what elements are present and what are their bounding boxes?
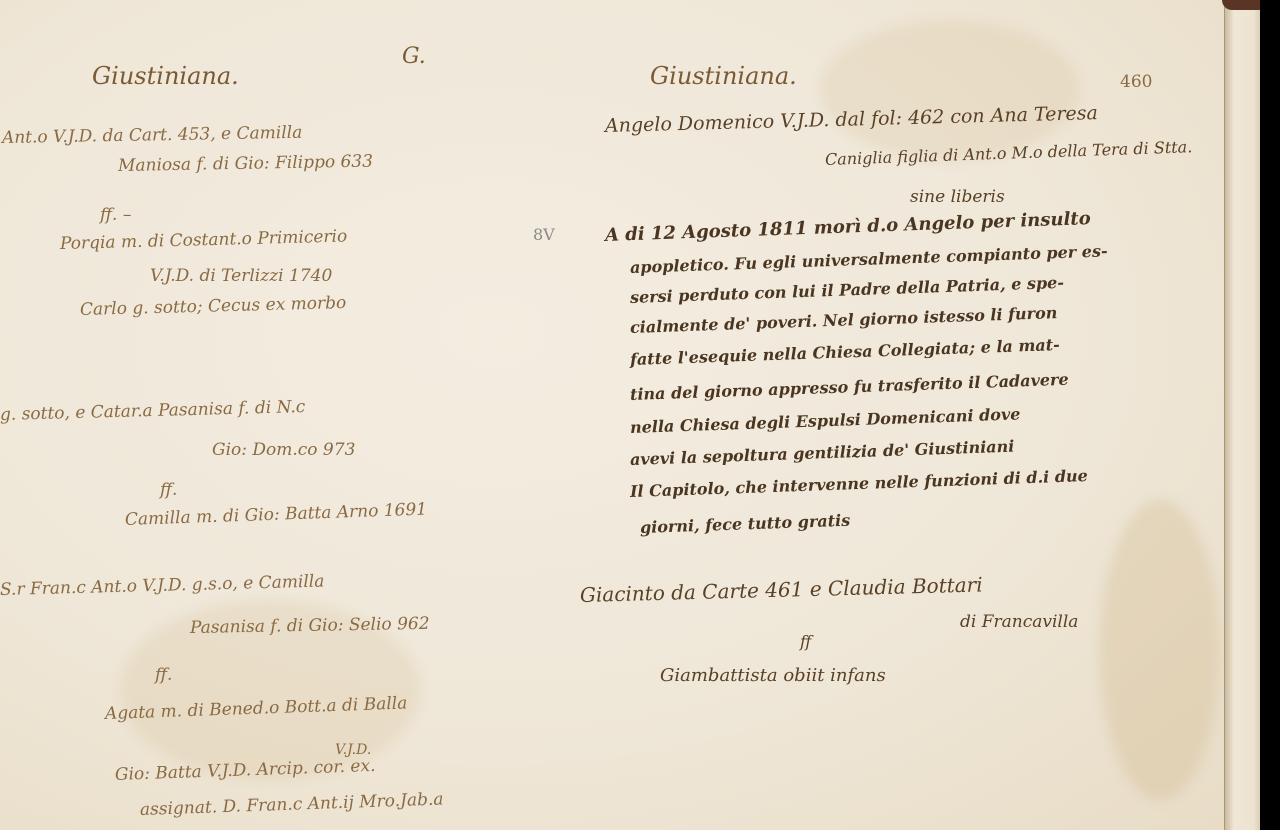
left-page-letter: G.	[402, 44, 426, 69]
entry-mark: ff	[800, 632, 811, 651]
left-line: Carlo g. sotto; Cecus ex morbo	[80, 293, 347, 320]
folio-number: 460	[1120, 72, 1152, 92]
death-note-line: tina del giorno appresso fu trasferito i…	[630, 370, 1069, 404]
left-line: Gio: Dom.co 973	[212, 440, 355, 460]
left-line: Ant.o V.J.D. da Cart. 453, e Camilla	[2, 123, 303, 148]
left-line: Camilla m. di Gio: Batta Arno 1691	[125, 499, 428, 530]
pencil-mark: 8V	[533, 225, 555, 244]
right-page-header: Giustiniana.	[650, 62, 797, 90]
death-note-line: cialmente de' poveri. Nel giorno istesso…	[630, 303, 1058, 337]
entry-line: Giacinto da Carte 461 e Claudia Bottari	[580, 572, 983, 607]
death-note-line: giorni, fece tutto gratis	[640, 511, 851, 537]
paper-stain	[1100, 500, 1220, 800]
left-page-header: Giustiniana.	[92, 62, 239, 90]
entry-line: Giambattista obiit infans	[660, 665, 886, 686]
left-line: assignat. D. Fran.c Ant.ij Mro.Jab.a	[140, 789, 444, 820]
entry-line: sine liberis	[910, 187, 1005, 207]
death-note-line: fatte l'esequie nella Chiesa Collegiata;…	[630, 335, 1060, 369]
death-note-line: Il Capitolo, che intervenne nelle funzio…	[630, 466, 1088, 501]
death-note-line: apopletico. Fu egli universalmente compi…	[630, 241, 1108, 277]
paper-stain	[820, 20, 1080, 160]
death-note-line: nella Chiesa degli Espulsi Domenicani do…	[630, 404, 1021, 437]
death-note-line: A di 12 Agosto 1811 morì d.o Angelo per …	[605, 208, 1091, 246]
page-edge	[1224, 0, 1261, 830]
manuscript-page: Giustiniana. G. Ant.o V.J.D. da Cart. 45…	[0, 0, 1234, 830]
death-note-line: avevi la sepoltura gentilizia de' Giusti…	[630, 437, 1015, 469]
left-line: Pasanisa f. di Gio: Selio 962	[190, 614, 430, 638]
death-note-line: sersi perduto con lui il Padre della Pat…	[630, 273, 1065, 307]
entry-line: di Francavilla	[960, 612, 1078, 632]
left-line: ff.	[160, 480, 177, 500]
left-line: Porqia m. di Costant.o Primicerio	[60, 226, 348, 254]
left-line: Gio: Batta V.J.D. Arcip. cor. ex.	[115, 756, 376, 785]
left-line: ff. –	[100, 205, 131, 225]
left-line: g. sotto, e Catar.a Pasanisa f. di N.c	[0, 397, 306, 425]
left-line: ff.	[155, 665, 172, 685]
left-line: Maniosa f. di Gio: Filippo 633	[118, 152, 373, 176]
left-line: S.r Fran.c Ant.o V.J.D. g.s.o, e Camilla	[0, 572, 325, 600]
left-line: V.J.D. di Terlizzi 1740	[150, 266, 332, 286]
background	[1260, 0, 1280, 830]
